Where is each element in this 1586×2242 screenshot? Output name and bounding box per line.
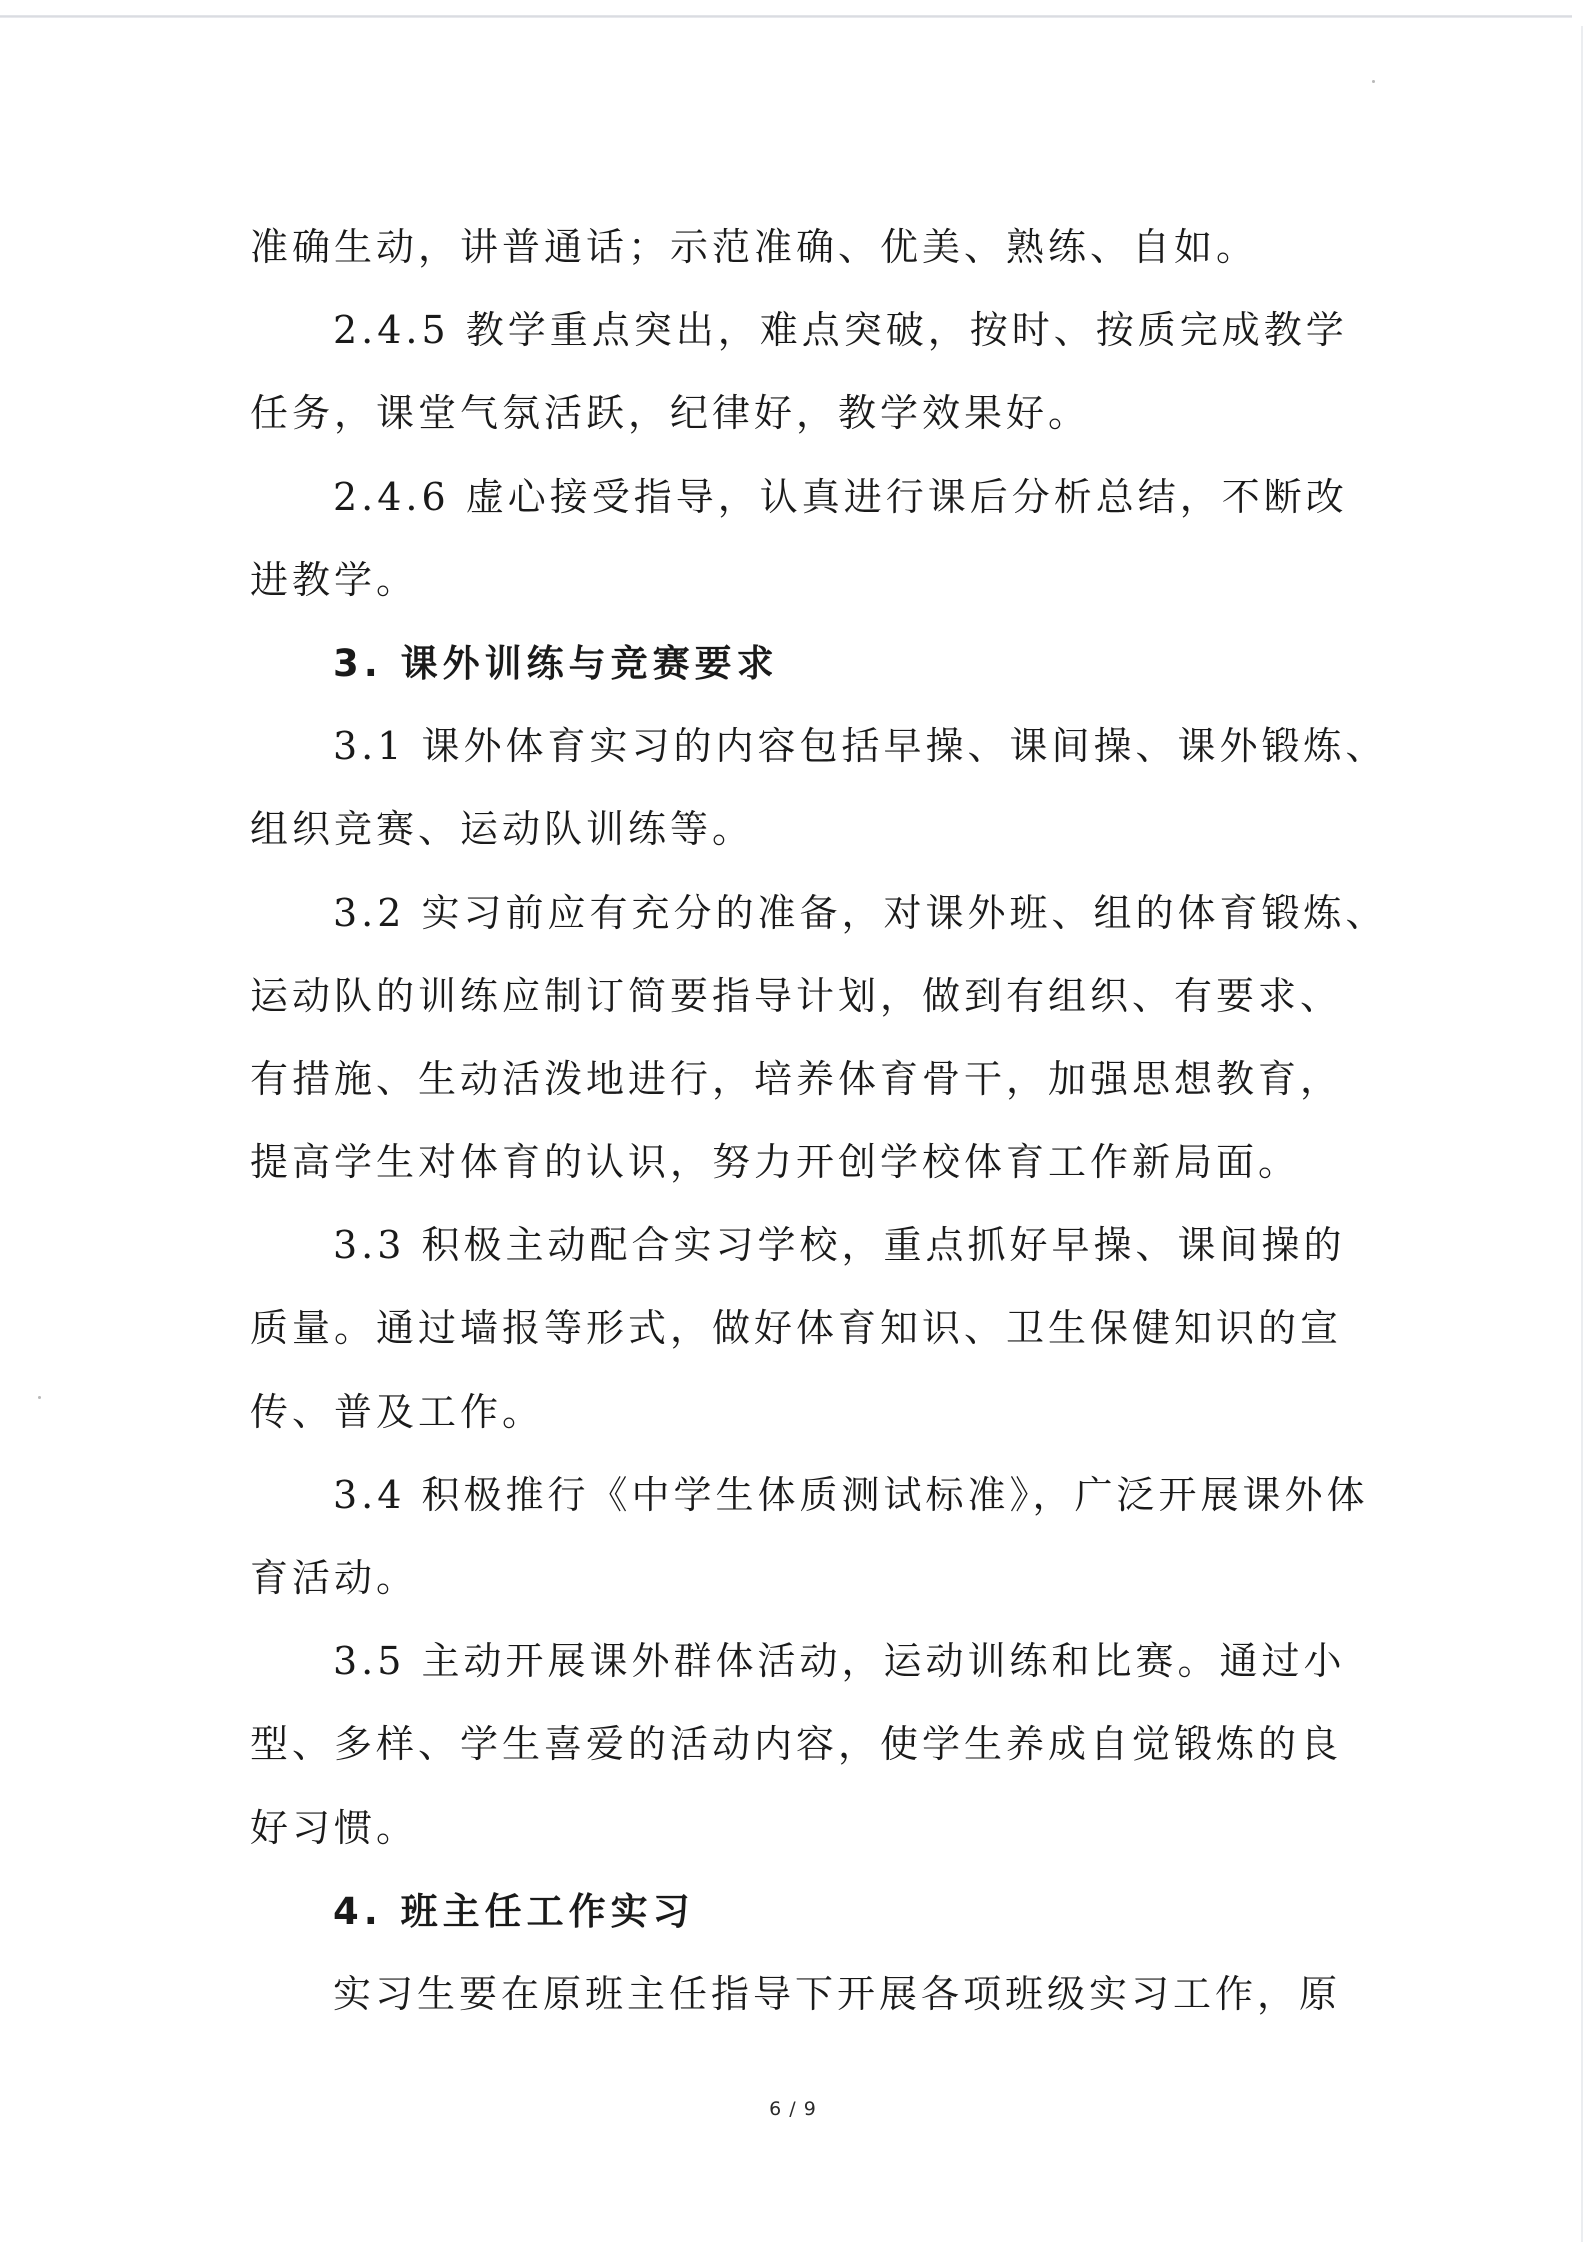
section-heading-3: 3. 课外训练与竞赛要求 [250, 622, 1350, 705]
scan-speck [38, 1396, 41, 1399]
scan-edge-top [0, 15, 1572, 18]
text-line: 型、多样、学生喜爱的活动内容，使学生养成自觉锻炼的良 [250, 1703, 1350, 1786]
item-2-4-5: 2.4.5 教学重点突出，难点突破，按时、按质完成教学 [250, 289, 1350, 372]
text-line: 传、普及工作。 [250, 1371, 1350, 1454]
document-body: 准确生动，讲普通话；示范准确、优美、熟练、自如。 2.4.5 教学重点突出，难点… [250, 206, 1350, 2036]
item-3-2: 3.2 实习前应有充分的准备，对课外班、组的体育锻炼、 [250, 872, 1350, 955]
text-line: 组织竞赛、运动队训练等。 [250, 788, 1350, 871]
text-line: 育活动。 [250, 1537, 1350, 1620]
item-3-5: 3.5 主动开展课外群体活动，运动训练和比赛。通过小 [250, 1620, 1350, 1703]
text-line: 进教学。 [250, 539, 1350, 622]
item-3-3: 3.3 积极主动配合实习学校，重点抓好早操、课间操的 [250, 1204, 1350, 1287]
text-line: 实习生要在原班主任指导下开展各项班级实习工作，原 [250, 1953, 1350, 2036]
item-2-4-6: 2.4.6 虚心接受指导，认真进行课后分析总结，不断改 [250, 456, 1350, 539]
page-number: 6 / 9 [0, 2098, 1586, 2120]
text-line: 质量。通过墙报等形式，做好体育知识、卫生保健知识的宣 [250, 1287, 1350, 1370]
text-line: 准确生动，讲普通话；示范准确、优美、熟练、自如。 [250, 206, 1350, 289]
scan-speck [1372, 80, 1375, 83]
text-line: 提高学生对体育的认识，努力开创学校体育工作新局面。 [250, 1121, 1350, 1204]
scan-edge-right [1581, 26, 1583, 2242]
text-line: 好习惯。 [250, 1787, 1350, 1870]
text-line: 有措施、生动活泼地进行，培养体育骨干，加强思想教育， [250, 1038, 1350, 1121]
item-3-1: 3.1 课外体育实习的内容包括早操、课间操、课外锻炼、 [250, 705, 1350, 788]
section-heading-4: 4. 班主任工作实习 [250, 1870, 1350, 1953]
text-line: 运动队的训练应制订简要指导计划，做到有组织、有要求、 [250, 955, 1350, 1038]
item-3-4: 3.4 积极推行《中学生体质测试标准》，广泛开展课外体 [250, 1454, 1350, 1537]
text-line: 任务，课堂气氛活跃，纪律好，教学效果好。 [250, 372, 1350, 455]
